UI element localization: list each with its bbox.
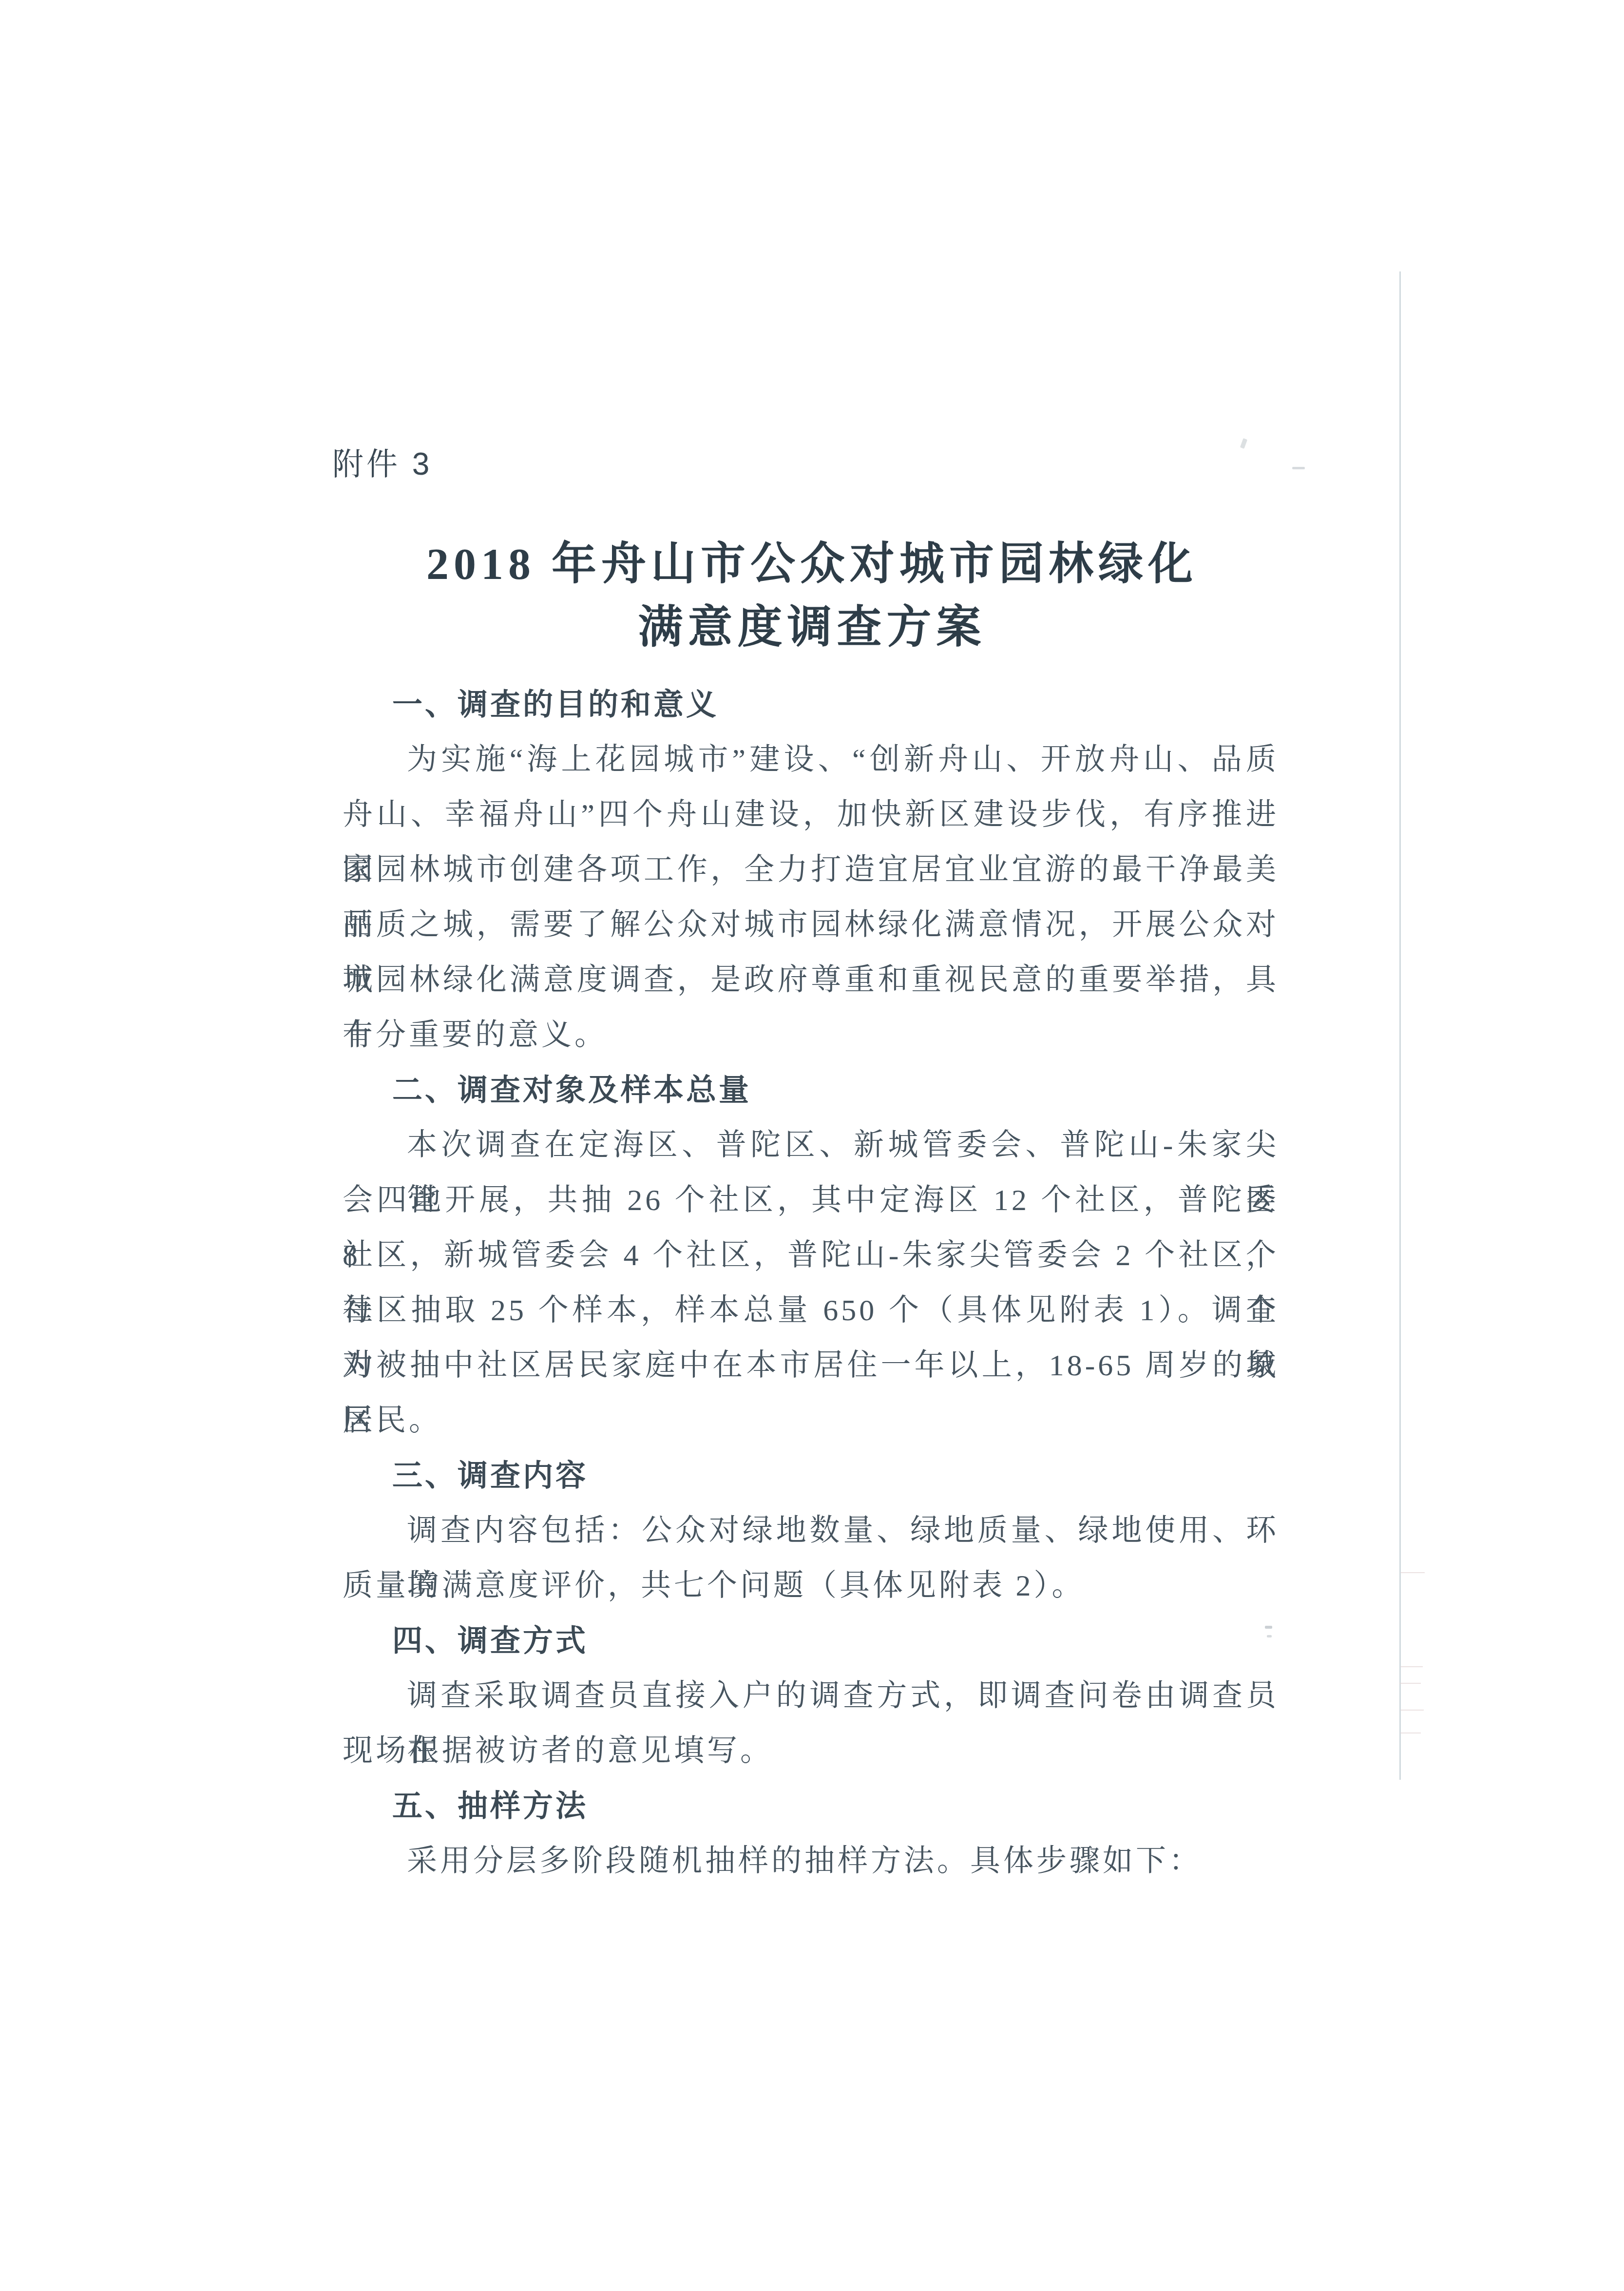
section-heading: 三、调查内容	[343, 1448, 1279, 1503]
text-line: 调查采取调查员直接入户的调查方式，即调查问卷由调查员在	[343, 1669, 1279, 1724]
scan-artifact-tick	[1400, 1572, 1425, 1573]
text-line: 为被抽中社区居民家庭中在本市居住一年以上，18-65 周岁的城区	[343, 1338, 1279, 1393]
text-line: 质量的满意度评价，共七个问题（具体见附表 2）。	[343, 1559, 1279, 1614]
attachment-label: 附件 3	[332, 444, 432, 483]
text-line: 会四地开展，共抽 26 个社区，其中定海区 12 个社区，普陀区 8 个	[343, 1173, 1279, 1228]
scan-artifact-tick	[1399, 1683, 1421, 1684]
text-line: 现场根据被访者的意见填写。	[343, 1724, 1279, 1779]
section-heading: 二、调查对象及样本总量	[343, 1063, 1279, 1118]
scanned-document-page: 附件 3 2018 年舟山市公众对城市园林绿化 满意度调查方案 一、调查的目的和…	[0, 0, 1624, 2291]
document-title-line1: 2018 年舟山市公众对城市园林绿化	[0, 532, 1624, 596]
text-line: 采用分层多阶段随机抽样的抽样方法。具体步骤如下：	[343, 1834, 1279, 1889]
section-heading: 五、抽样方法	[343, 1779, 1279, 1834]
text-line: 舟山、幸福舟山”四个舟山建设，加快新区建设步伐，有序推进国	[343, 788, 1279, 843]
text-line: 为实施“海上花园城市”建设、“创新舟山、开放舟山、品质	[343, 732, 1279, 788]
scan-artifact-tick	[1400, 1666, 1423, 1667]
text-line: 市园林绿化满意度调查，是政府尊重和重视民意的重要举措，具有	[343, 953, 1279, 1008]
section-heading: 四、调查方式	[343, 1614, 1279, 1669]
document-body: 一、调查的目的和意义为实施“海上花园城市”建设、“创新舟山、开放舟山、品质舟山、…	[343, 677, 1279, 1889]
section-heading: 一、调查的目的和意义	[343, 677, 1279, 732]
text-line: 家园林城市创建各项工作，全力打造宜居宜业宜游的最干净最美丽	[343, 843, 1279, 898]
scan-artifact-speck	[1292, 467, 1305, 469]
text-line: 居民。	[343, 1393, 1279, 1448]
scan-artifact-vertical-line	[1399, 271, 1401, 1780]
text-line: 调查内容包括：公众对绿地数量、绿地质量、绿地使用、环境	[343, 1503, 1279, 1559]
scan-artifact-tick	[1400, 1710, 1424, 1711]
scan-artifact-speck	[1240, 438, 1247, 449]
document-title: 2018 年舟山市公众对城市园林绿化 满意度调查方案	[0, 532, 1624, 659]
scan-artifact-tick	[1400, 1733, 1421, 1733]
document-title-line2: 满意度调查方案	[0, 596, 1624, 659]
text-line: 品质之城，需要了解公众对城市园林绿化满意情况，开展公众对城	[343, 898, 1279, 953]
text-line: 本次调查在定海区、普陀区、新城管委会、普陀山-朱家尖管委	[343, 1118, 1279, 1173]
text-line: 十分重要的意义。	[343, 1008, 1279, 1063]
text-line: 社区，新城管委会 4 个社区，普陀山-朱家尖管委会 2 个社区，每个	[343, 1228, 1279, 1283]
text-line: 社区抽取 25 个样本，样本总量 650 个（具体见附表 1）。调查对象	[343, 1283, 1279, 1338]
